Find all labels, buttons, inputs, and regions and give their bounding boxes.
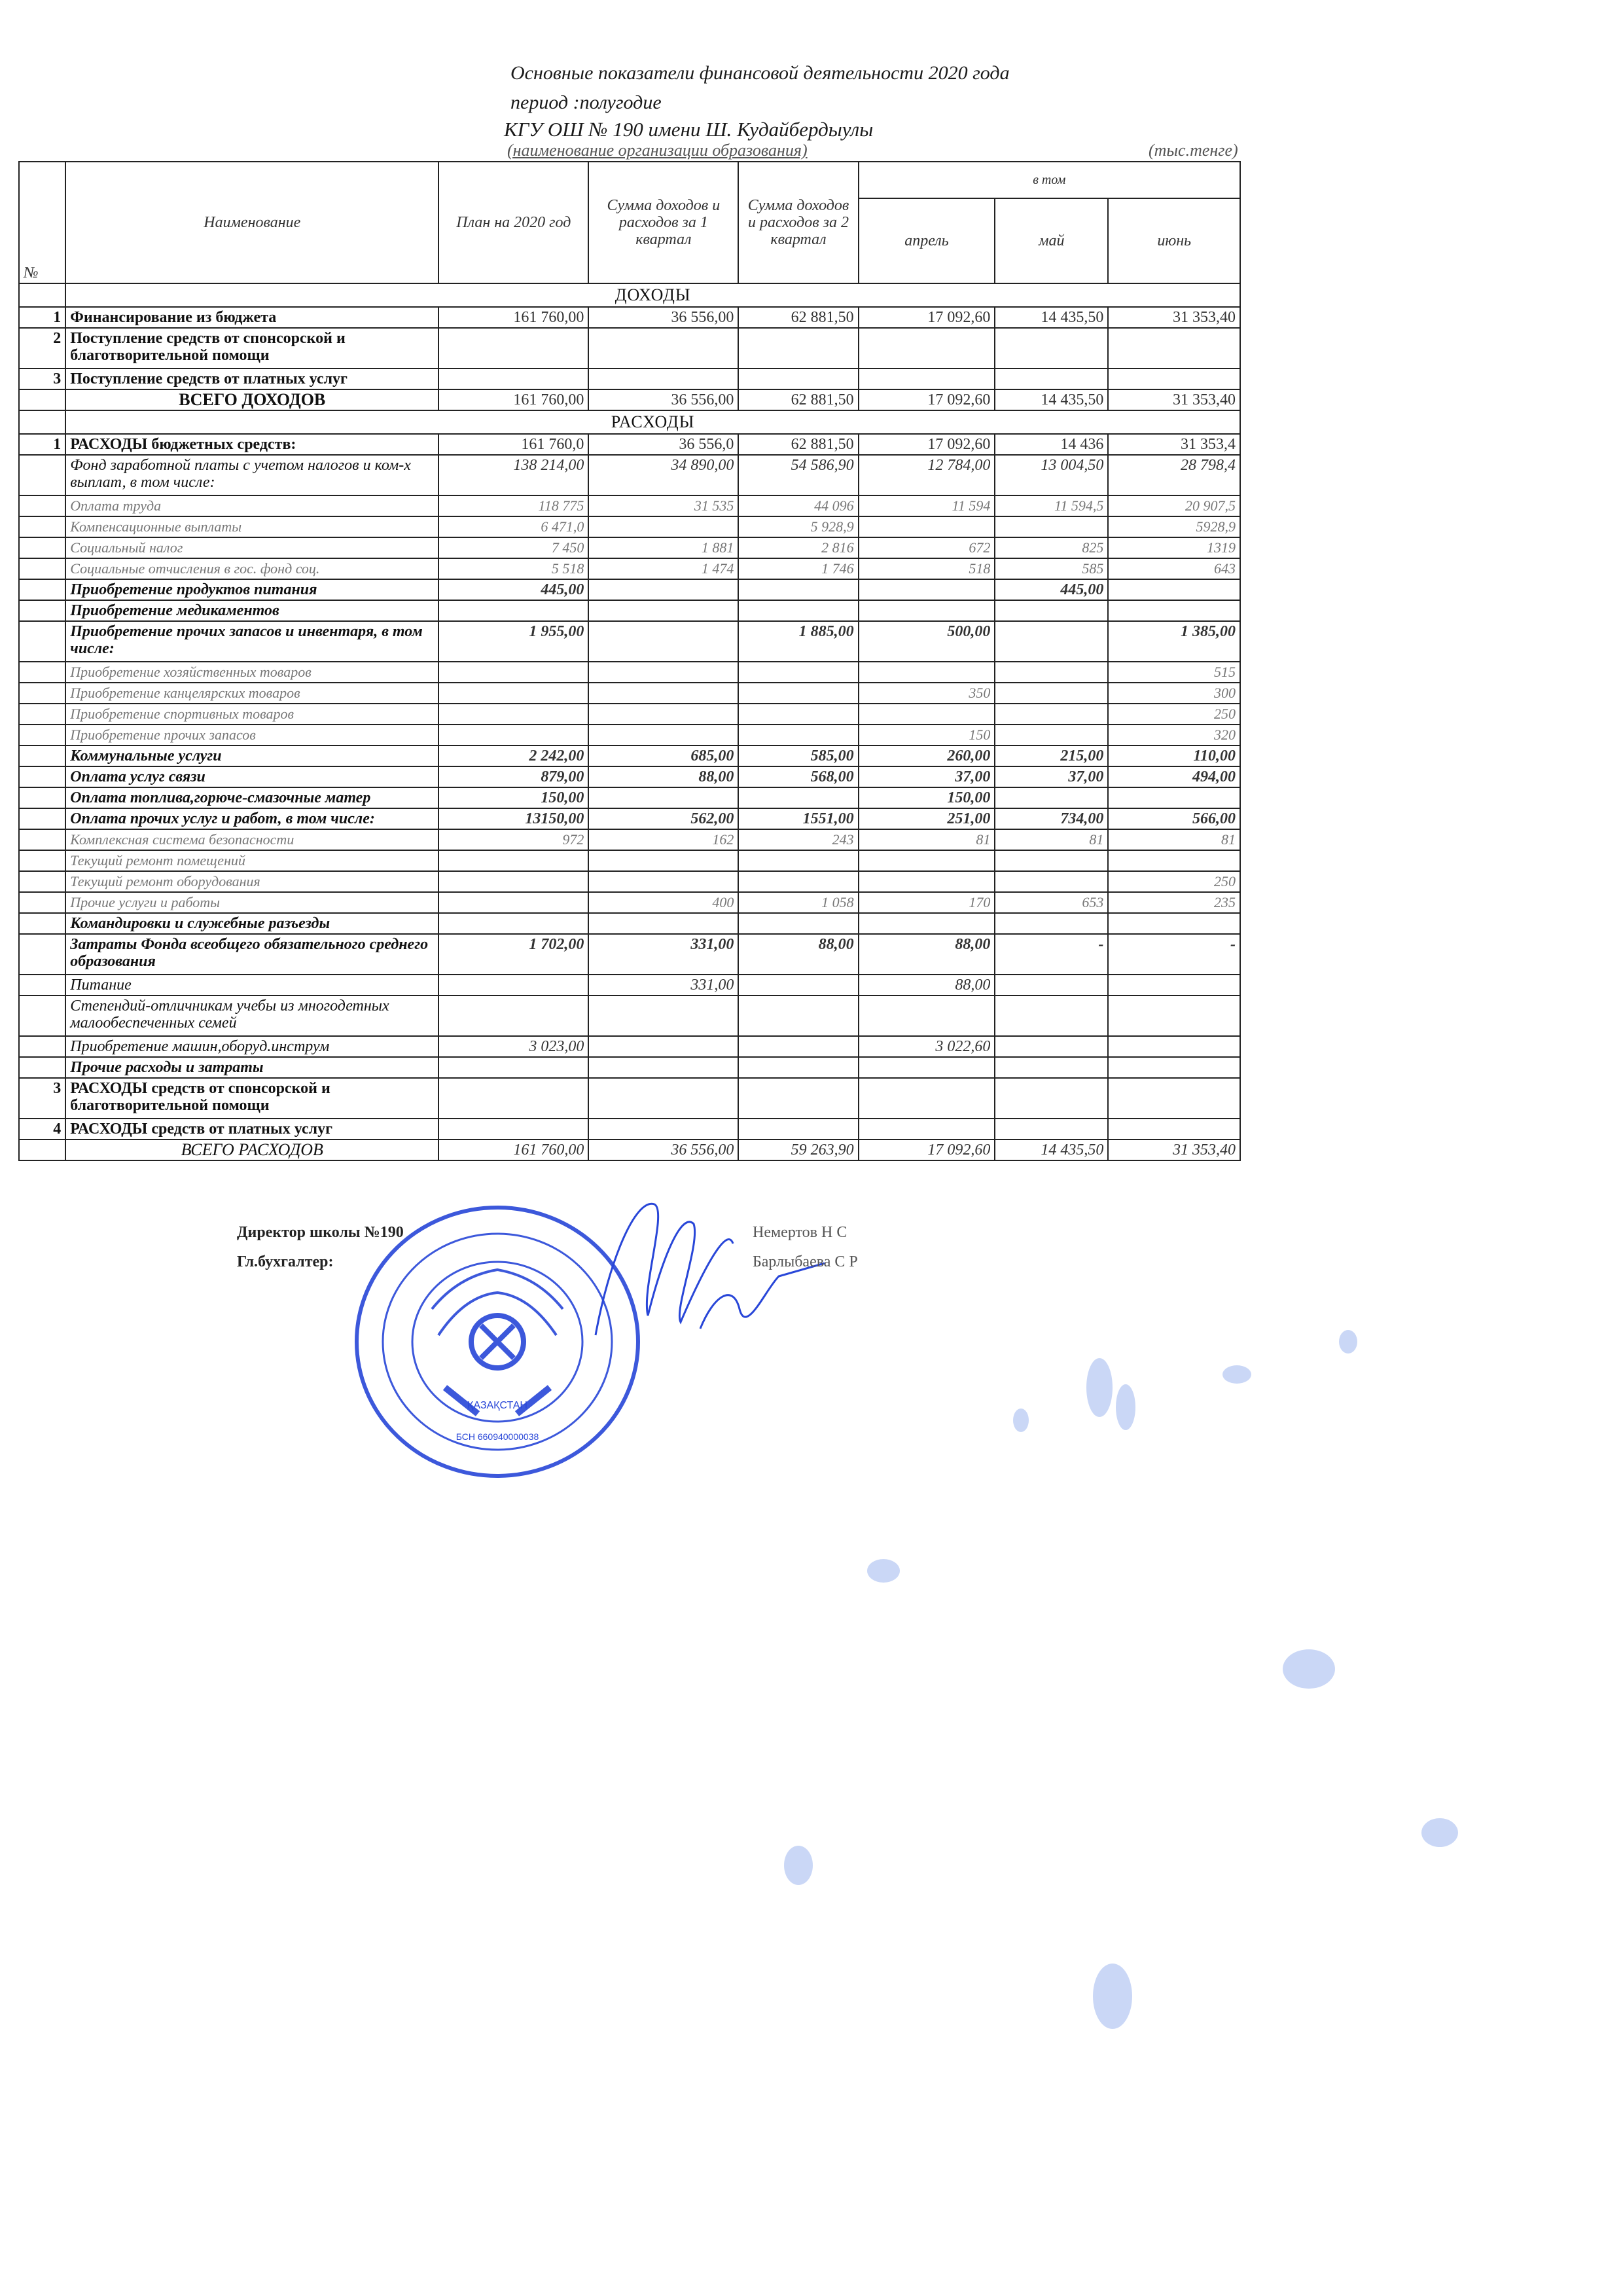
col-header-june: июнь <box>1108 198 1240 283</box>
row-number <box>19 389 65 410</box>
row-name: Компенсационные выплаты <box>65 516 438 537</box>
cell-jun: 31 353,40 <box>1108 389 1240 410</box>
cell-plan: 3 023,00 <box>438 1036 588 1057</box>
row-number <box>19 850 65 871</box>
cell-q2: 5 928,9 <box>738 516 858 537</box>
cell-q2 <box>738 368 858 389</box>
cell-q2: 1 885,00 <box>738 621 858 662</box>
cell-apr: 37,00 <box>859 766 995 787</box>
cell-may: 215,00 <box>995 745 1108 766</box>
row-name: Приобретение продуктов питания <box>65 579 438 600</box>
row-name: Фонд заработной платы с учетом налогов и… <box>65 455 438 495</box>
cell-apr <box>859 1119 995 1139</box>
cell-q1 <box>588 1057 738 1078</box>
row-number <box>19 662 65 683</box>
row-number: 3 <box>19 368 65 389</box>
cell-jun: 250 <box>1108 704 1240 725</box>
cell-jun: 31 353,40 <box>1108 307 1240 328</box>
row-number <box>19 495 65 516</box>
cell-may: 81 <box>995 829 1108 850</box>
cell-jun <box>1108 1057 1240 1078</box>
cell-apr: 672 <box>859 537 995 558</box>
cell-q2: 585,00 <box>738 745 858 766</box>
expense-row: Приобретение прочих запасов и инвентаря,… <box>19 621 1240 662</box>
cell-may <box>995 1078 1108 1119</box>
row-name: Приобретение прочих запасов и инвентаря,… <box>65 621 438 662</box>
section-income-label: ДОХОДЫ <box>65 283 1240 307</box>
cell-q2: 2 816 <box>738 537 858 558</box>
row-name: Социальный налог <box>65 537 438 558</box>
cell-q1: 36 556,00 <box>588 1139 738 1160</box>
row-name: Текущий ремонт оборудования <box>65 871 438 892</box>
cell-apr <box>859 1057 995 1078</box>
cell-apr <box>859 516 995 537</box>
expense-row: 3РАСХОДЫ средств от спонсорской и благот… <box>19 1078 1240 1119</box>
cell-jun: 300 <box>1108 683 1240 704</box>
row-name: Комплексная система безопасности <box>65 829 438 850</box>
cell-plan <box>438 871 588 892</box>
cell-may: 13 004,50 <box>995 455 1108 495</box>
cell-jun: 320 <box>1108 725 1240 745</box>
row-name: Поступление средств от платных услуг <box>65 368 438 389</box>
cell-may <box>995 1036 1108 1057</box>
row-name: Питание <box>65 975 438 996</box>
cell-q2 <box>738 1078 858 1119</box>
row-number: 1 <box>19 307 65 328</box>
cell-plan: 972 <box>438 829 588 850</box>
expense-row: Приобретение прочих запасов150320 <box>19 725 1240 745</box>
expense-row: Социальные отчисления в гос. фонд соц.5 … <box>19 558 1240 579</box>
cell-jun: 494,00 <box>1108 766 1240 787</box>
col-header-q2: Сумма доходов и расходов за 2 квартал <box>738 162 858 283</box>
cell-apr: 12 784,00 <box>859 455 995 495</box>
row-name: Коммунальные услуги <box>65 745 438 766</box>
cell-q1 <box>588 1119 738 1139</box>
cell-plan <box>438 850 588 871</box>
cell-jun <box>1108 1078 1240 1119</box>
cell-q2 <box>738 850 858 871</box>
cell-q1 <box>588 600 738 621</box>
row-name: Приобретение канцелярских товаров <box>65 683 438 704</box>
cell-apr: 170 <box>859 892 995 913</box>
cell-q1: 31 535 <box>588 495 738 516</box>
expense-row: Комплексная система безопасности97216224… <box>19 829 1240 850</box>
cell-q2: 62 881,50 <box>738 389 858 410</box>
cell-q1: 331,00 <box>588 934 738 975</box>
cell-plan <box>438 328 588 368</box>
cell-q1: 1 474 <box>588 558 738 579</box>
row-name: Оплата услуг связи <box>65 766 438 787</box>
cell-jun <box>1108 1036 1240 1057</box>
cell-jun <box>1108 996 1240 1036</box>
cell-q2 <box>738 725 858 745</box>
cell-may <box>995 725 1108 745</box>
cell-q1 <box>588 579 738 600</box>
cell-plan <box>438 662 588 683</box>
cell-q1: 685,00 <box>588 745 738 766</box>
row-name: Оплата прочих услуг и работ, в том числе… <box>65 808 438 829</box>
expense-row: Компенсационные выплаты6 471,05 928,9592… <box>19 516 1240 537</box>
cell-apr: 17 092,60 <box>859 307 995 328</box>
cell-plan: 1 955,00 <box>438 621 588 662</box>
row-name: РАСХОДЫ средств от спонсорской и благотв… <box>65 1078 438 1119</box>
row-name: ВСЕГО РАСХОДОВ <box>65 1139 438 1160</box>
cell-apr: 81 <box>859 829 995 850</box>
expense-row: Степендий-отличникам учебы из многодетны… <box>19 996 1240 1036</box>
cell-q1 <box>588 1036 738 1057</box>
cell-q1 <box>588 725 738 745</box>
row-number <box>19 1139 65 1160</box>
row-number: 4 <box>19 1119 65 1139</box>
expense-row: Прочие расходы и затраты <box>19 1057 1240 1078</box>
cell-q1: 36 556,00 <box>588 307 738 328</box>
cell-q1 <box>588 328 738 368</box>
row-number <box>19 913 65 934</box>
cell-jun: - <box>1108 934 1240 975</box>
cell-q1 <box>588 368 738 389</box>
organization-name: КГУ ОШ № 190 имени Ш. Кудайбердыулы <box>504 118 873 141</box>
cell-q2: 54 586,90 <box>738 455 858 495</box>
organization-caption: (наименование организации образования) <box>507 141 808 160</box>
cell-jun: 1319 <box>1108 537 1240 558</box>
expense-row: Текущий ремонт оборудования250 <box>19 871 1240 892</box>
accountant-label: Гл.бухгалтер: <box>237 1253 333 1271</box>
cell-q1: 162 <box>588 829 738 850</box>
cell-may <box>995 368 1108 389</box>
income-row: 3Поступление средств от платных услуг <box>19 368 1240 389</box>
cell-plan <box>438 704 588 725</box>
cell-plan: 138 214,00 <box>438 455 588 495</box>
cell-apr: 350 <box>859 683 995 704</box>
cell-may <box>995 996 1108 1036</box>
cell-q2: 62 881,50 <box>738 434 858 455</box>
cell-plan <box>438 1119 588 1139</box>
cell-plan: 5 518 <box>438 558 588 579</box>
row-name: Текущий ремонт помещений <box>65 850 438 871</box>
cell-q2 <box>738 1036 858 1057</box>
cell-jun <box>1108 1119 1240 1139</box>
col-header-group: в том <box>859 162 1240 198</box>
row-name: ВСЕГО ДОХОДОВ <box>65 389 438 410</box>
cell-apr <box>859 996 995 1036</box>
row-number <box>19 537 65 558</box>
row-name: Приобретение прочих запасов <box>65 725 438 745</box>
cell-apr: 500,00 <box>859 621 995 662</box>
expense-total-row: ВСЕГО РАСХОДОВ161 760,0036 556,0059 263,… <box>19 1139 1240 1160</box>
cell-q1 <box>588 913 738 934</box>
cell-may: 585 <box>995 558 1108 579</box>
expense-row: 4РАСХОДЫ средств от платных услуг <box>19 1119 1240 1139</box>
financial-table: № Наименование План на 2020 год Сумма до… <box>18 161 1241 1161</box>
cell-q2: 44 096 <box>738 495 858 516</box>
cell-may: - <box>995 934 1108 975</box>
col-header-plan: План на 2020 год <box>438 162 588 283</box>
cell-plan: 445,00 <box>438 579 588 600</box>
cell-plan <box>438 892 588 913</box>
cell-may: 11 594,5 <box>995 495 1108 516</box>
row-number <box>19 725 65 745</box>
row-number <box>19 975 65 996</box>
row-number <box>19 829 65 850</box>
cell-may: 37,00 <box>995 766 1108 787</box>
cell-jun: 31 353,40 <box>1108 1139 1240 1160</box>
row-name: Оплата топлива,горюче-смазочные матер <box>65 787 438 808</box>
row-name: Оплата труда <box>65 495 438 516</box>
cell-apr <box>859 600 995 621</box>
cell-jun: 1 385,00 <box>1108 621 1240 662</box>
row-number <box>19 766 65 787</box>
cell-jun: 20 907,5 <box>1108 495 1240 516</box>
row-number: 3 <box>19 1078 65 1119</box>
cell-apr: 150 <box>859 725 995 745</box>
row-name: РАСХОДЫ средств от платных услуг <box>65 1119 438 1139</box>
expense-row: Оплата труда118 77531 53544 09611 59411 … <box>19 495 1240 516</box>
cell-q1 <box>588 871 738 892</box>
cell-q2: 88,00 <box>738 934 858 975</box>
cell-plan <box>438 996 588 1036</box>
cell-apr <box>859 913 995 934</box>
cell-q2 <box>738 704 858 725</box>
expense-row: Фонд заработной платы с учетом налогов и… <box>19 455 1240 495</box>
row-name: Поступление средств от спонсорской и бла… <box>65 328 438 368</box>
cell-q2: 1 746 <box>738 558 858 579</box>
row-name: Прочие услуги и работы <box>65 892 438 913</box>
cell-jun: 515 <box>1108 662 1240 683</box>
director-label: Директор школы №190 <box>237 1224 404 1242</box>
expense-row: Приобретение канцелярских товаров350300 <box>19 683 1240 704</box>
cell-q2 <box>738 871 858 892</box>
cell-may <box>995 850 1108 871</box>
cell-jun: 643 <box>1108 558 1240 579</box>
cell-apr <box>859 850 995 871</box>
cell-plan: 161 760,00 <box>438 307 588 328</box>
cell-may: 14 435,50 <box>995 389 1108 410</box>
expense-row: Прочие услуги и работы4001 058170653235 <box>19 892 1240 913</box>
cell-q2: 243 <box>738 829 858 850</box>
cell-q1 <box>588 704 738 725</box>
expense-row: Приобретение машин,оборуд.инструм3 023,0… <box>19 1036 1240 1057</box>
row-name: Прочие расходы и затраты <box>65 1057 438 1078</box>
row-name: Затраты Фонда всеобщего обязательного ср… <box>65 934 438 975</box>
expense-row: Приобретение медикаментов <box>19 600 1240 621</box>
cell-may: 14 436 <box>995 434 1108 455</box>
cell-plan: 6 471,0 <box>438 516 588 537</box>
cell-may <box>995 662 1108 683</box>
cell-apr: 251,00 <box>859 808 995 829</box>
col-header-may: май <box>995 198 1108 283</box>
cell-apr <box>859 871 995 892</box>
row-number <box>19 558 65 579</box>
cell-plan <box>438 368 588 389</box>
accountant-name: Барлыбаева С Р <box>753 1253 858 1271</box>
cell-q2: 1551,00 <box>738 808 858 829</box>
cell-q2 <box>738 975 858 996</box>
cell-q2: 62 881,50 <box>738 307 858 328</box>
row-name: Командировки и служебные разъезды <box>65 913 438 934</box>
document-title: Основные показатели финансовой деятельно… <box>510 62 1010 84</box>
income-row: 2Поступление средств от спонсорской и бл… <box>19 328 1240 368</box>
cell-plan <box>438 1078 588 1119</box>
row-number <box>19 683 65 704</box>
cell-apr <box>859 704 995 725</box>
expense-row: Затраты Фонда всеобщего обязательного ср… <box>19 934 1240 975</box>
expense-row: Оплата прочих услуг и работ, в том числе… <box>19 808 1240 829</box>
expense-row: Социальный налог7 4501 8812 816672825131… <box>19 537 1240 558</box>
cell-jun: 28 798,4 <box>1108 455 1240 495</box>
section-expense: РАСХОДЫ <box>19 410 1240 434</box>
row-name: Приобретение спортивных товаров <box>65 704 438 725</box>
cell-plan <box>438 683 588 704</box>
cell-may: 14 435,50 <box>995 1139 1108 1160</box>
cell-plan: 161 760,0 <box>438 434 588 455</box>
row-number <box>19 704 65 725</box>
cell-q2 <box>738 913 858 934</box>
cell-may <box>995 787 1108 808</box>
row-number <box>19 621 65 662</box>
expense-row: Коммунальные услуги2 242,00685,00585,002… <box>19 745 1240 766</box>
cell-apr <box>859 662 995 683</box>
row-name: Приобретение машин,оборуд.инструм <box>65 1036 438 1057</box>
cell-may <box>995 600 1108 621</box>
cell-jun <box>1108 850 1240 871</box>
cell-plan <box>438 975 588 996</box>
row-number <box>19 892 65 913</box>
cell-plan: 7 450 <box>438 537 588 558</box>
expense-row: Питание331,0088,00 <box>19 975 1240 996</box>
cell-may <box>995 516 1108 537</box>
cell-may <box>995 328 1108 368</box>
cell-q1: 36 556,0 <box>588 434 738 455</box>
cell-q2 <box>738 1119 858 1139</box>
cell-jun <box>1108 579 1240 600</box>
expense-row: Текущий ремонт помещений <box>19 850 1240 871</box>
section-income: ДОХОДЫ <box>19 283 1240 307</box>
cell-plan <box>438 600 588 621</box>
cell-q2 <box>738 579 858 600</box>
col-header-april: апрель <box>859 198 995 283</box>
cell-may <box>995 913 1108 934</box>
director-name: Немертов Н С <box>753 1224 847 1242</box>
cell-q2 <box>738 787 858 808</box>
cell-may: 445,00 <box>995 579 1108 600</box>
cell-q2 <box>738 328 858 368</box>
cell-plan: 150,00 <box>438 787 588 808</box>
cell-q2 <box>738 683 858 704</box>
row-number <box>19 745 65 766</box>
cell-plan: 13150,00 <box>438 808 588 829</box>
cell-q2: 568,00 <box>738 766 858 787</box>
cell-q1 <box>588 621 738 662</box>
expense-row: Оплата услуг связи879,0088,00568,0037,00… <box>19 766 1240 787</box>
cell-apr: 17 092,60 <box>859 1139 995 1160</box>
row-number <box>19 808 65 829</box>
cell-q1: 1 881 <box>588 537 738 558</box>
row-number <box>19 579 65 600</box>
col-header-name: Наименование <box>65 162 438 283</box>
cell-may: 14 435,50 <box>995 307 1108 328</box>
row-number <box>19 1036 65 1057</box>
cell-plan: 2 242,00 <box>438 745 588 766</box>
col-header-q1: Сумма доходов и расходов за 1 квартал <box>588 162 738 283</box>
section-expense-label: РАСХОДЫ <box>65 410 1240 434</box>
cell-jun: 31 353,4 <box>1108 434 1240 455</box>
cell-apr <box>859 579 995 600</box>
cell-apr: 17 092,60 <box>859 434 995 455</box>
cell-plan: 161 760,00 <box>438 1139 588 1160</box>
cell-q1: 400 <box>588 892 738 913</box>
row-number <box>19 1057 65 1078</box>
cell-apr: 3 022,60 <box>859 1036 995 1057</box>
stamp-bin-text: БСН 660940000038 <box>456 1431 539 1442</box>
cell-jun: 566,00 <box>1108 808 1240 829</box>
row-name: Степендий-отличникам учебы из многодетны… <box>65 996 438 1036</box>
cell-q1: 88,00 <box>588 766 738 787</box>
row-number <box>19 600 65 621</box>
cell-may: 734,00 <box>995 808 1108 829</box>
currency-units: (тыс.тенге) <box>1149 141 1238 160</box>
cell-q2: 1 058 <box>738 892 858 913</box>
row-name: Социальные отчисления в гос. фонд соц. <box>65 558 438 579</box>
cell-plan <box>438 1057 588 1078</box>
cell-may <box>995 704 1108 725</box>
cell-may <box>995 975 1108 996</box>
cell-apr: 88,00 <box>859 934 995 975</box>
cell-jun <box>1108 600 1240 621</box>
expense-row: Приобретение спортивных товаров250 <box>19 704 1240 725</box>
cell-may: 653 <box>995 892 1108 913</box>
cell-may <box>995 1119 1108 1139</box>
cell-q1: 562,00 <box>588 808 738 829</box>
table-body: ДОХОДЫ1Финансирование из бюджета161 760,… <box>19 283 1240 1160</box>
cell-q1: 34 890,00 <box>588 455 738 495</box>
cell-may <box>995 1057 1108 1078</box>
cell-jun <box>1108 787 1240 808</box>
cell-apr: 88,00 <box>859 975 995 996</box>
expense-row: Приобретение хозяйственных товаров515 <box>19 662 1240 683</box>
row-number <box>19 516 65 537</box>
cell-q1 <box>588 850 738 871</box>
cell-apr: 11 594 <box>859 495 995 516</box>
col-header-num: № <box>19 162 65 283</box>
cell-q2: 59 263,90 <box>738 1139 858 1160</box>
cell-apr: 518 <box>859 558 995 579</box>
report-period: период :полугодие <box>510 92 662 114</box>
stamp-ink-smudge <box>720 1276 1571 2258</box>
cell-jun: 81 <box>1108 829 1240 850</box>
expense-row: Приобретение продуктов питания445,00445,… <box>19 579 1240 600</box>
cell-q2 <box>738 1057 858 1078</box>
cell-q1 <box>588 996 738 1036</box>
cell-jun: 5928,9 <box>1108 516 1240 537</box>
cell-plan: 1 702,00 <box>438 934 588 975</box>
cell-may <box>995 683 1108 704</box>
row-number <box>19 455 65 495</box>
cell-jun: 235 <box>1108 892 1240 913</box>
cell-jun <box>1108 368 1240 389</box>
cell-apr <box>859 1078 995 1119</box>
row-name: Приобретение медикаментов <box>65 600 438 621</box>
row-number: 2 <box>19 328 65 368</box>
row-number <box>19 934 65 975</box>
cell-jun: 110,00 <box>1108 745 1240 766</box>
cell-q1 <box>588 516 738 537</box>
cell-apr <box>859 328 995 368</box>
expense-row: Оплата топлива,горюче-смазочные матер150… <box>19 787 1240 808</box>
income-row: 1Финансирование из бюджета161 760,0036 5… <box>19 307 1240 328</box>
cell-q2 <box>738 996 858 1036</box>
cell-q2 <box>738 600 858 621</box>
cell-q1 <box>588 1078 738 1119</box>
